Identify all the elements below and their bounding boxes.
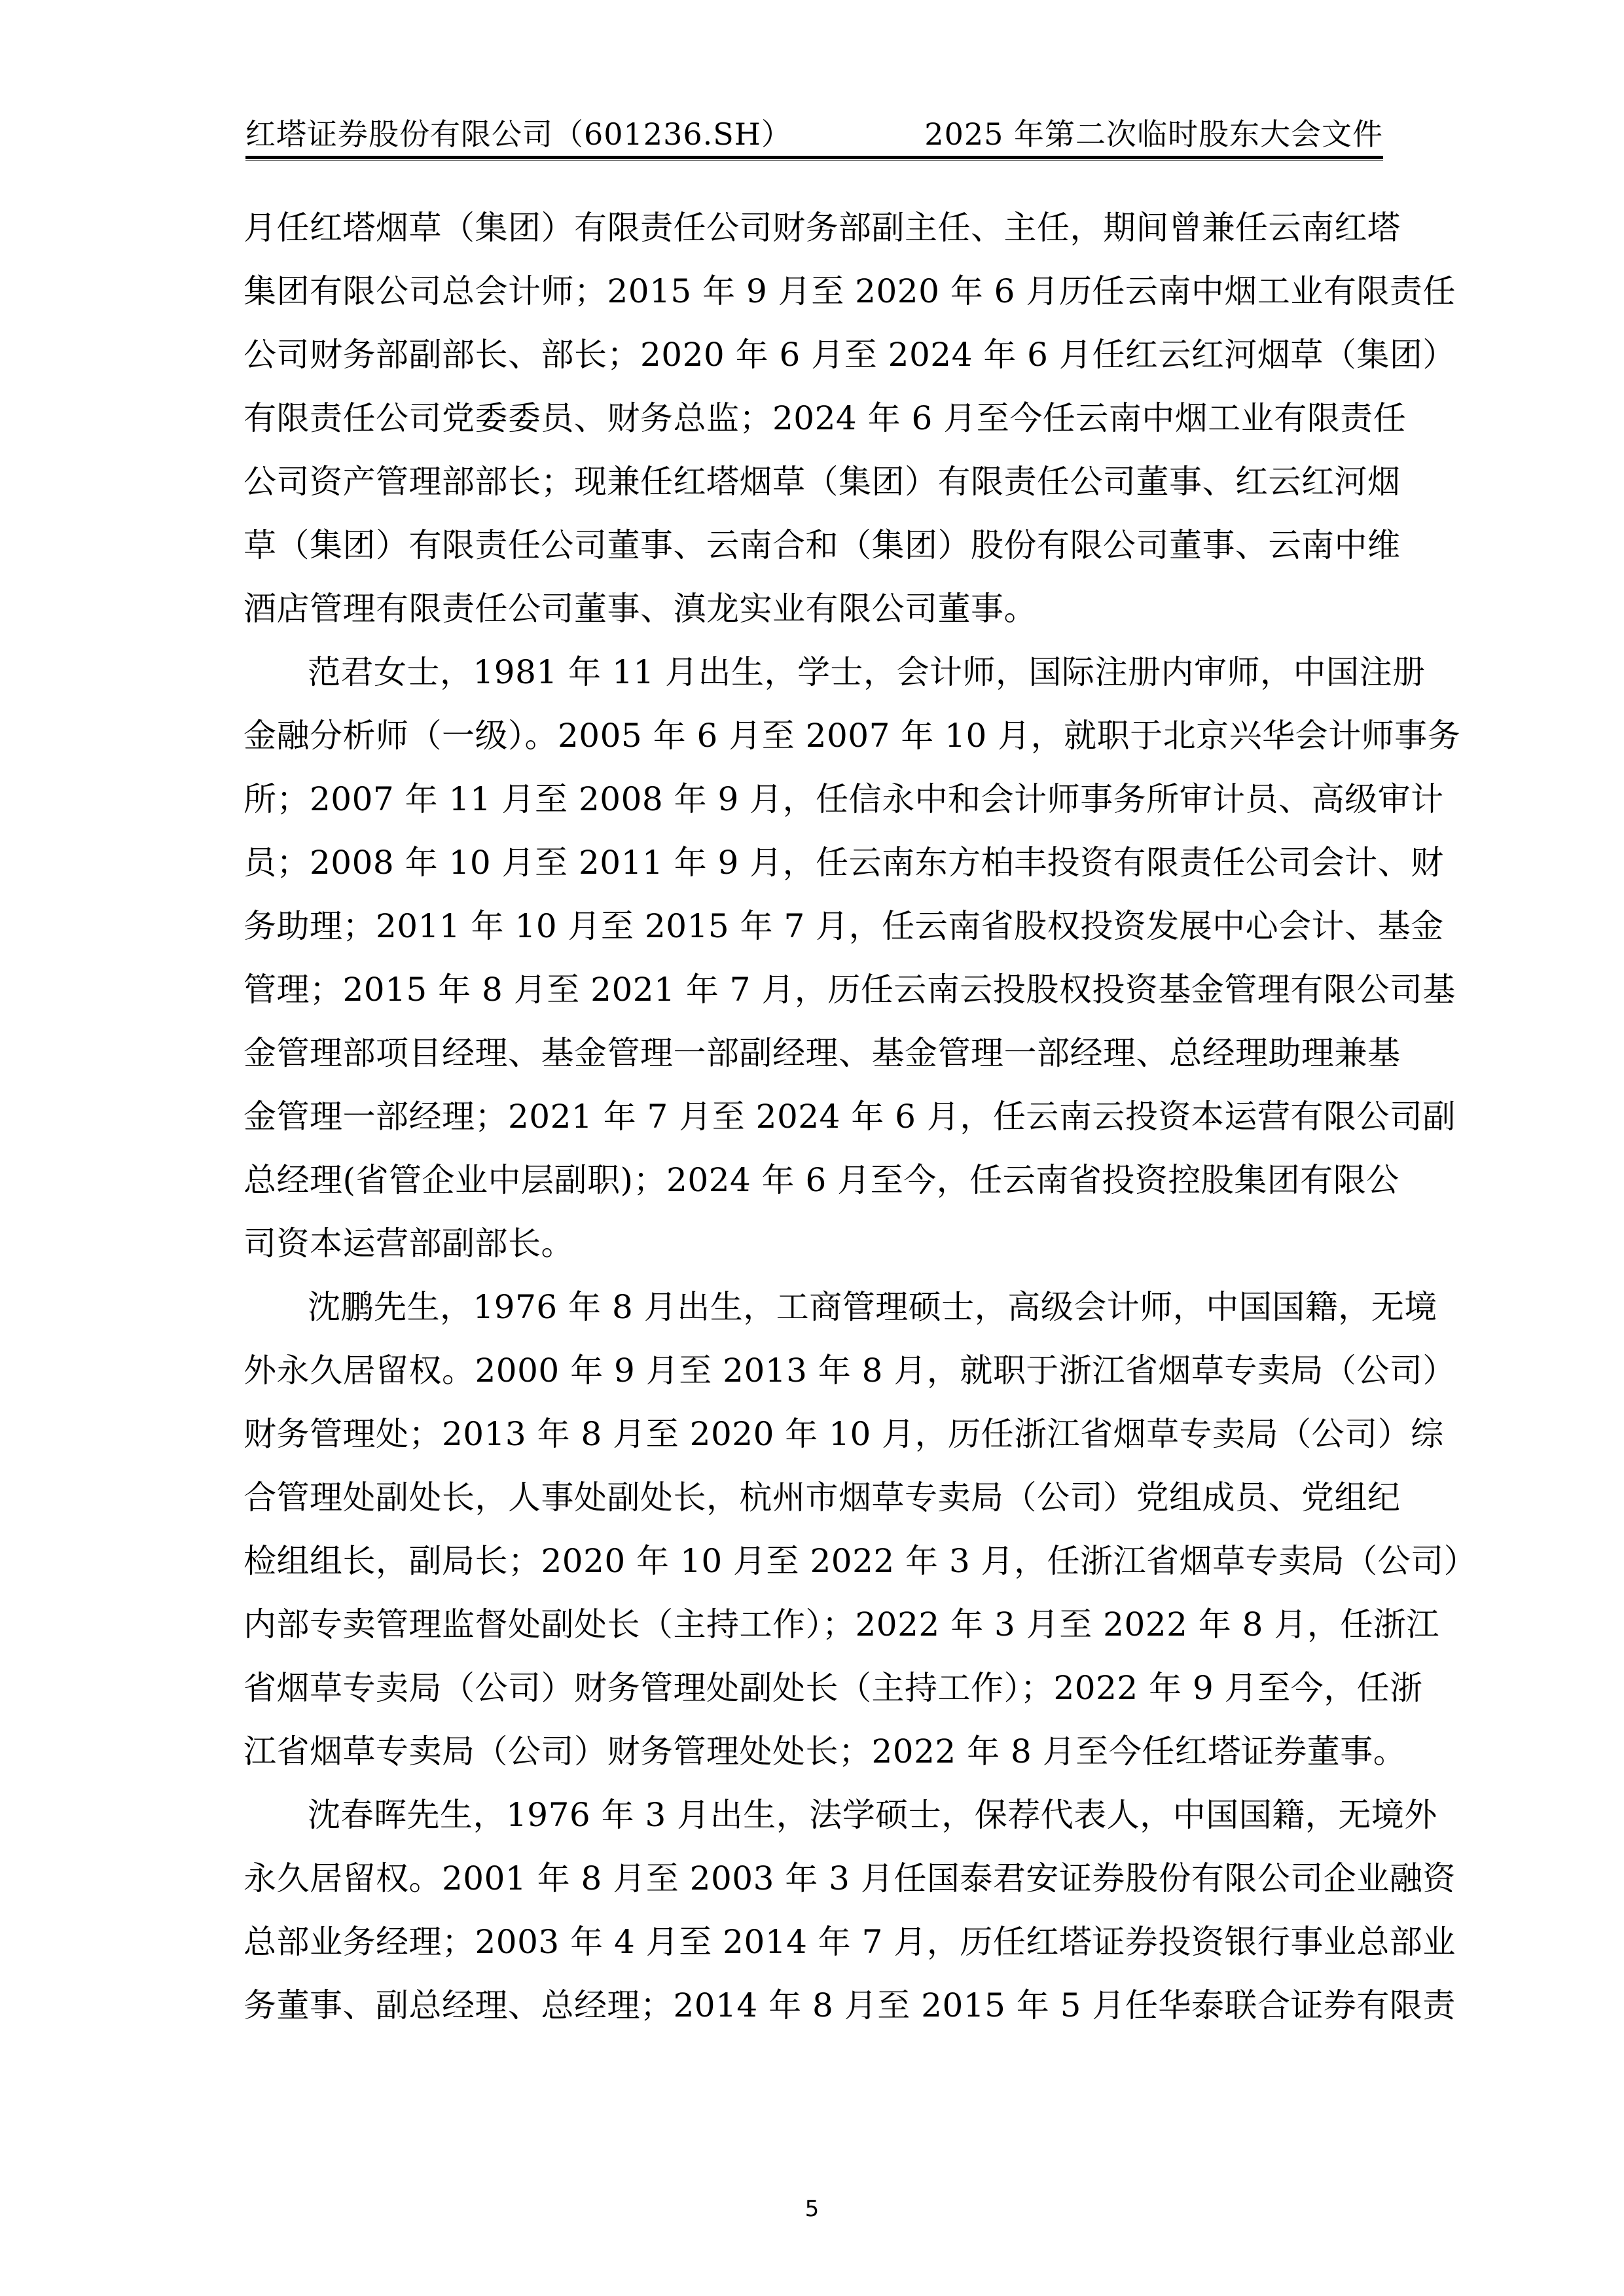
- text-line: 沈春晖先生，1976 年 3 月出生，法学硕士，保荐代表人，中国国籍，无境外: [244, 1784, 1382, 1847]
- paragraph-continuation-bio: 月任红塔烟草（集团）有限责任公司财务部副主任、主任，期间曾兼任云南红塔 集团有限…: [244, 196, 1382, 641]
- text-line: 内部专卖管理监督处副处长（主持工作）；2022 年 3 月至 2022 年 8 …: [244, 1593, 1382, 1657]
- text-line: 金融分析师（一级）。2005 年 6 月至 2007 年 10 月，就职于北京兴…: [244, 704, 1382, 768]
- page-header: 红塔证券股份有限公司（601236.SH） 2025 年第二次临时股东大会文件: [242, 115, 1386, 154]
- document-body: 月任红塔烟草（集团）有限责任公司财务部副主任、主任，期间曾兼任云南红塔 集团有限…: [244, 196, 1382, 2037]
- paragraph-bio-shen-chunhui: 沈春晖先生，1976 年 3 月出生，法学硕士，保荐代表人，中国国籍，无境外 永…: [244, 1784, 1382, 2037]
- text-line: 有限责任公司党委委员、财务总监；2024 年 6 月至今任云南中烟工业有限责任: [244, 387, 1382, 450]
- text-line: 集团有限公司总会计师；2015 年 9 月至 2020 年 6 月历任云南中烟工…: [244, 260, 1382, 323]
- text-line: 月任红塔烟草（集团）有限责任公司财务部副主任、主任，期间曾兼任云南红塔: [244, 196, 1382, 260]
- text-line: 江省烟草专卖局（公司）财务管理处处长；2022 年 8 月至今任红塔证券董事。: [244, 1720, 1382, 1784]
- text-line: 检组组长，副局长；2020 年 10 月至 2022 年 3 月，任浙江省烟草专…: [244, 1530, 1382, 1593]
- text-line: 务董事、副总经理、总经理；2014 年 8 月至 2015 年 5 月任华泰联合…: [244, 1974, 1382, 2037]
- text-line: 总部业务经理；2003 年 4 月至 2014 年 7 月，历任红塔证券投资银行…: [244, 1910, 1382, 1974]
- text-line: 外永久居留权。2000 年 9 月至 2013 年 8 月，就职于浙江省烟草专卖…: [244, 1339, 1382, 1403]
- text-line: 财务管理处；2013 年 8 月至 2020 年 10 月，历任浙江省烟草专卖局…: [244, 1403, 1382, 1466]
- text-line: 金管理一部经理；2021 年 7 月至 2024 年 6 月，任云南云投资本运营…: [244, 1085, 1382, 1149]
- text-line: 酒店管理有限责任公司董事、滇龙实业有限公司董事。: [244, 577, 1382, 641]
- header-company: 红塔证券股份有限公司（601236.SH）: [245, 115, 792, 154]
- text-line: 金管理部项目经理、基金管理一部副经理、基金管理一部经理、总经理助理兼基: [244, 1022, 1382, 1085]
- paragraph-bio-fan-jun: 范君女士，1981 年 11 月出生，学士，会计师，国际注册内审师，中国注册 金…: [244, 641, 1382, 1276]
- text-line: 省烟草专卖局（公司）财务管理处副处长（主持工作）；2022 年 9 月至今，任浙: [244, 1657, 1382, 1720]
- text-line: 永久居留权。2001 年 8 月至 2003 年 3 月任国泰君安证券股份有限公…: [244, 1847, 1382, 1910]
- text-line: 沈鹏先生，1976 年 8 月出生，工商管理硕士，高级会计师，中国国籍，无境: [244, 1276, 1382, 1339]
- page-number: 5: [0, 2193, 1624, 2225]
- text-line: 管理；2015 年 8 月至 2021 年 7 月，历任云南云投股权投资基金管理…: [244, 958, 1382, 1022]
- paragraph-bio-shen-peng: 沈鹏先生，1976 年 8 月出生，工商管理硕士，高级会计师，中国国籍，无境 外…: [244, 1276, 1382, 1784]
- header-divider-thin: [245, 160, 1383, 161]
- text-line: 草（集团）有限责任公司董事、云南合和（集团）股份有限公司董事、云南中维: [244, 514, 1382, 577]
- text-line: 司资本运营部副部长。: [244, 1212, 1382, 1276]
- text-line: 务助理；2011 年 10 月至 2015 年 7 月，任云南省股权投资发展中心…: [244, 895, 1382, 958]
- text-line: 公司资产管理部部长；现兼任红塔烟草（集团）有限责任公司董事、红云红河烟: [244, 450, 1382, 514]
- header-divider: [245, 156, 1383, 159]
- text-line: 总经理(省管企业中层副职)；2024 年 6 月至今，任云南省投资控股集团有限公: [244, 1149, 1382, 1212]
- header-document-title: 2025 年第二次临时股东大会文件: [924, 115, 1383, 154]
- text-line: 所；2007 年 11 月至 2008 年 9 月，任信永中和会计师事务所审计员…: [244, 768, 1382, 831]
- text-line: 员；2008 年 10 月至 2011 年 9 月，任云南东方柏丰投资有限责任公…: [244, 831, 1382, 895]
- text-line: 合管理处副处长，人事处副处长，杭州市烟草专卖局（公司）党组成员、党组纪: [244, 1466, 1382, 1530]
- text-line: 公司财务部副部长、部长；2020 年 6 月至 2024 年 6 月任红云红河烟…: [244, 323, 1382, 387]
- text-line: 范君女士，1981 年 11 月出生，学士，会计师，国际注册内审师，中国注册: [244, 641, 1382, 704]
